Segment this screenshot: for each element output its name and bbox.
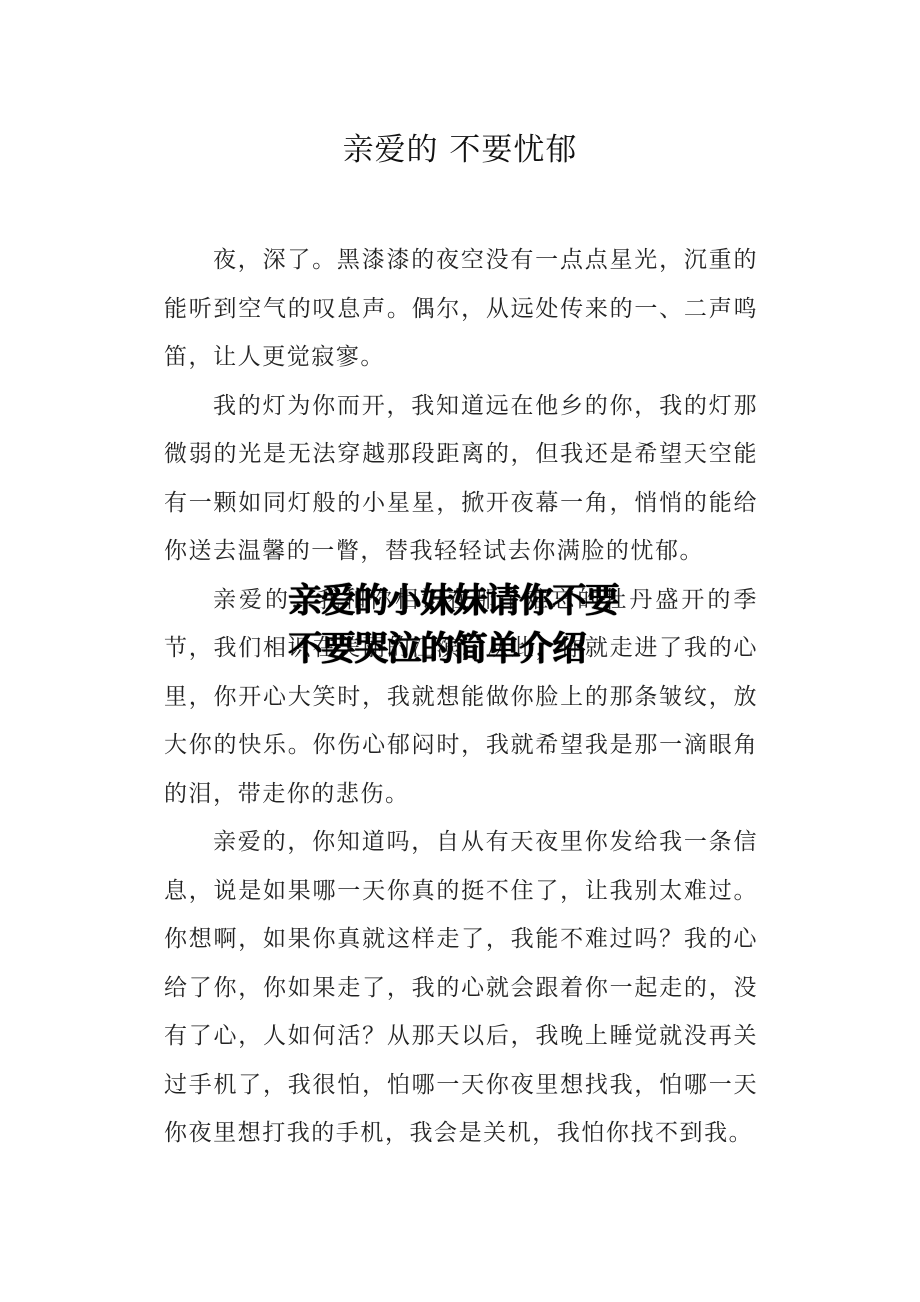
document-page: 亲爱的 不要忧郁 夜，深了。黑漆漆的夜空没有一点点星光，沉重的能听到空气的叹息声… — [0, 0, 920, 1302]
overlay-caption: 亲爱的小妹妹请你不要 不要哭泣的简单介绍 — [288, 578, 648, 672]
paragraph-2: 我的灯为你而开，我知道远在他乡的你，我的灯那微弱的光是无法穿越那段距离的，但我还… — [164, 382, 758, 576]
document-title: 亲爱的 不要忧郁 — [0, 124, 920, 169]
paragraph-1: 夜，深了。黑漆漆的夜空没有一点点星光，沉重的能听到空气的叹息声。偶尔，从远处传来… — [164, 236, 758, 382]
paragraph-4: 亲爱的，你知道吗，自从有天夜里你发给我一条信息，说是如果哪一天你真的挺不住了，让… — [164, 818, 758, 1158]
overlay-caption-line-1: 亲爱的小妹妹请你不要 — [288, 578, 648, 624]
document-body: 夜，深了。黑漆漆的夜空没有一点点星光，沉重的能听到空气的叹息声。偶尔，从远处传来… — [164, 236, 758, 1158]
overlay-caption-line-2: 不要哭泣的简单介绍 — [288, 626, 648, 672]
